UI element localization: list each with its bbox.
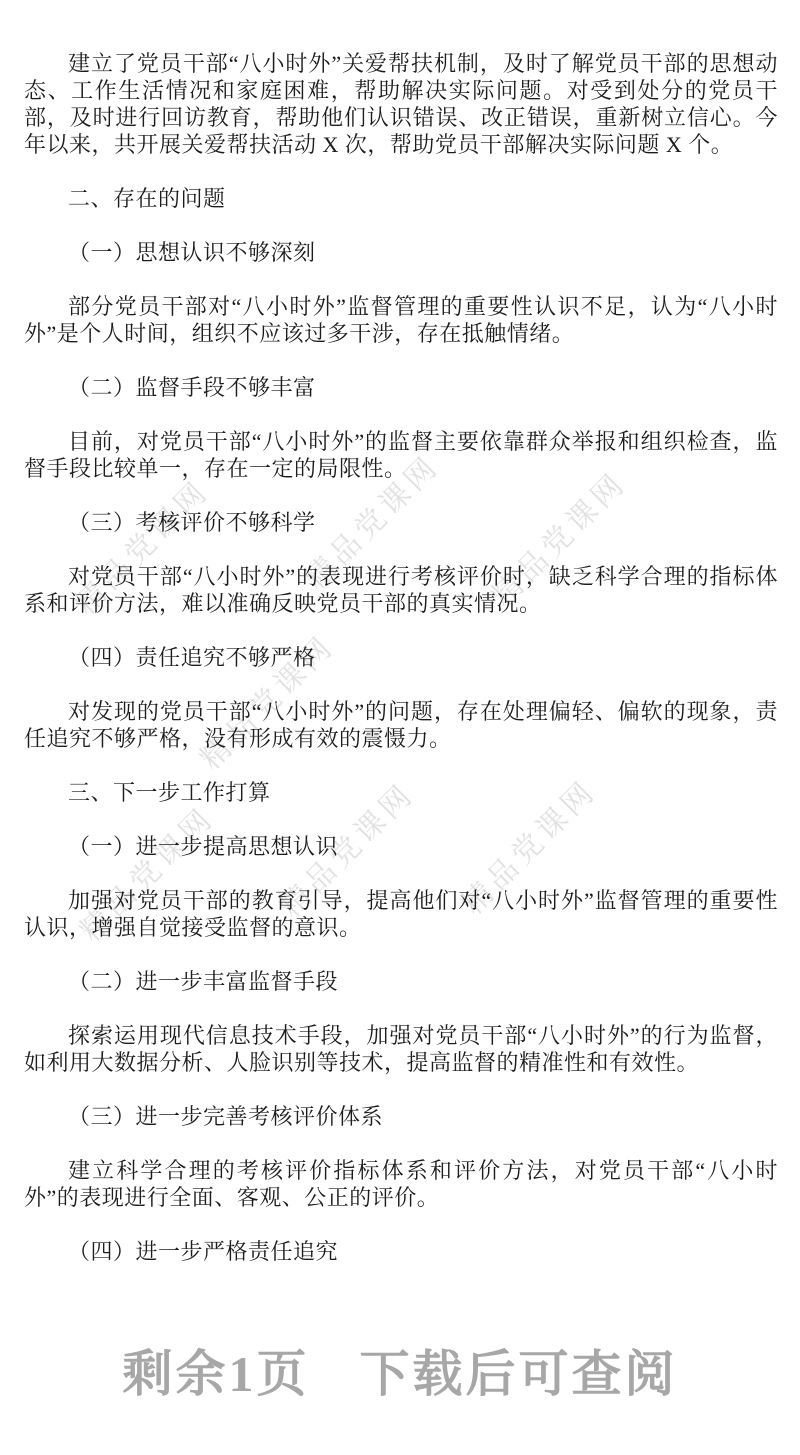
section-heading: 三、下一步工作打算 [24,779,778,806]
download-hint-label: 下载后可查阅 [360,1346,678,1402]
remaining-pages-label: 剩余1页 [123,1346,310,1402]
section-heading: （二）进一步丰富监督手段 [24,968,778,995]
section-heading: （二）监督手段不够丰富 [24,374,778,401]
section-heading: （一）思想认识不够深刻 [24,239,778,266]
paragraph: 对党员干部“八小时外”的表现进行考核评价时，缺乏科学合理的指标体系和评价方法，难… [24,563,778,617]
section-heading: （一）进一步提高思想认识 [24,833,778,860]
paragraph: 对发现的党员干部“八小时外”的问题，存在处理偏轻、偏软的现象，责任追究不够严格，… [24,698,778,752]
paragraph: 建立了党员干部“八小时外”关爱帮扶机制，及时了解党员干部的思想动态、工作生活情况… [24,50,778,158]
section-heading: （三）进一步完善考核评价体系 [24,1103,778,1130]
section-heading: 二、存在的问题 [24,185,778,212]
document-page: 精品党课网 精品党课网 精品党课网 精品党课网 精品党课网 精品党课网 精品党课… [0,0,800,1455]
paragraph: 部分党员干部对“八小时外”监督管理的重要性认识不足，认为“八小时外”是个人时间，… [24,293,778,347]
paragraph: 目前，对党员干部“八小时外”的监督主要依靠群众举报和组织检查，监督手段比较单一，… [24,428,778,482]
paragraph: 加强对党员干部的教育引导，提高他们对“八小时外”监督管理的重要性认识，增强自觉接… [24,887,778,941]
section-heading: （四）责任追究不够严格 [24,644,778,671]
paragraph: 探索运用现代信息技术手段，加强对党员干部“八小时外”的行为监督，如利用大数据分析… [24,1022,778,1076]
page-footer: 剩余1页下载后可查阅 [0,1344,800,1404]
paragraph: 建立科学合理的考核评价指标体系和评价方法，对党员干部“八小时外”的表现进行全面、… [24,1157,778,1211]
document-content: 建立了党员干部“八小时外”关爱帮扶机制，及时了解党员干部的思想动态、工作生活情况… [0,50,800,1292]
section-heading: （四）进一步严格责任追究 [24,1238,778,1265]
section-heading: （三）考核评价不够科学 [24,509,778,536]
